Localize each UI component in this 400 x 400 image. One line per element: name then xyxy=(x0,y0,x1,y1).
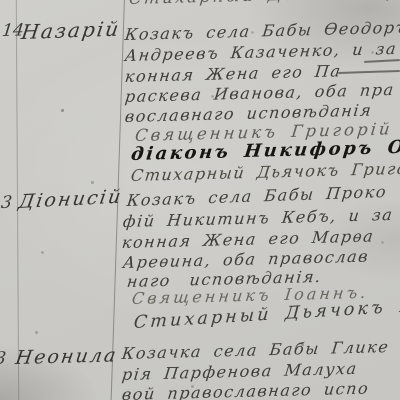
ink-stroke xyxy=(364,59,400,63)
paper-speckles xyxy=(0,0,1,1)
child-name: Діонисій xyxy=(17,187,124,213)
entry-line: Андреевъ Казаченко, и за xyxy=(124,40,398,65)
ink-stroke xyxy=(338,70,400,74)
record-number: З xyxy=(0,350,7,369)
register-page-scan: Стихарный Дьячокъ Григорій 14 Назарій Ко… xyxy=(0,0,400,400)
record-number: 3 xyxy=(0,194,13,213)
child-name: Неонила xyxy=(14,345,119,369)
child-name: Назарій xyxy=(20,18,122,43)
header-partial-line: Стихарный Дьячокъ Григорій xyxy=(128,0,400,8)
